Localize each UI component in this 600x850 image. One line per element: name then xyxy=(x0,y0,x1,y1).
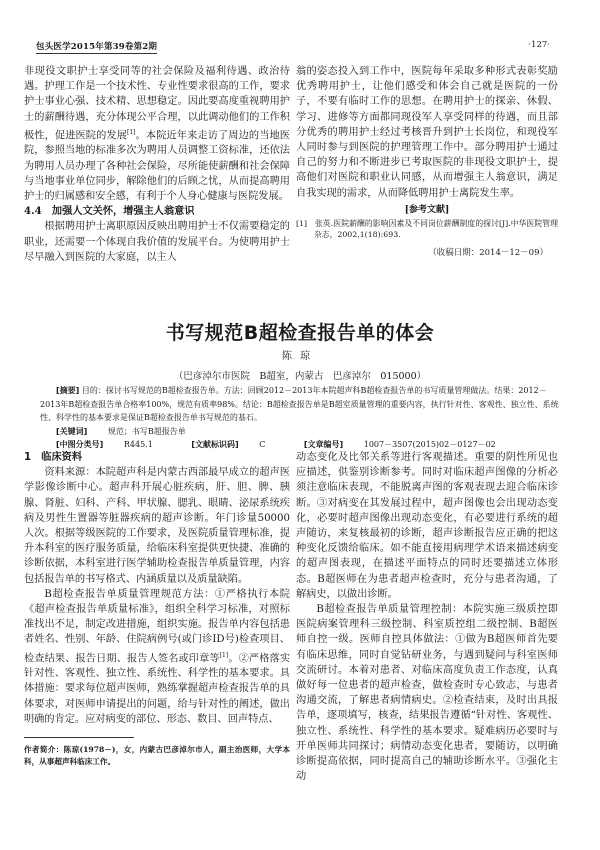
abstract-label: [摘要] xyxy=(56,386,79,395)
clc-label: [中图分类号] xyxy=(56,440,103,449)
journal-page: 包头医学2015年第39卷第2期 ·127· 非现役文职护士享受同等的社会保险及… xyxy=(0,0,600,850)
paragraph: B超检查报告单质量管理规范方法：①严格执行本院《超声检查报告单质量标准》，组织全… xyxy=(24,587,290,727)
abstract-block: [摘要] 目的：探讨书写规范的B超检查报告单。方法：回顾2012－2013年本院… xyxy=(40,384,560,452)
keywords: [关键词] 规范；书写B超报告单 xyxy=(40,425,560,439)
section-title: 1 临床资料 xyxy=(24,450,290,465)
paragraph: 翁的姿态投入到工作中，医院每年采取多种形式表彰奖励优秀聘用护士，让他们感受和体会… xyxy=(296,64,558,201)
received-date: （收稿日期：2014－12－09） xyxy=(296,246,558,261)
paragraph: B超检查报告单质量管理控制：本院实施三级质控即医院病案管理科三级控制、科室质控组… xyxy=(296,602,558,784)
prev-article-right-column: 翁的姿态投入到工作中，医院每年采取多种形式表彰奖励优秀聘用护士，让他们感受和体会… xyxy=(296,64,558,261)
author-footnote: 作者简介：陈琼(1978－)，女，内蒙古巴彦淖尔市人，副主治医师，大学本科，从事… xyxy=(24,744,290,767)
paragraph: 动态变化及比邻关系等进行客观描述。重要的阴性所见也应描述，供鉴别诊断参考。同时对… xyxy=(296,450,558,602)
paragraph: 非现役文职护士享受同等的社会保险及福利待遇、政治待遇。护理工作是一个技术性、专业… xyxy=(24,64,290,204)
citation: [1] xyxy=(220,652,229,659)
author-name: 陈琼 xyxy=(0,347,600,362)
author-affiliation: （巴彦淖尔市医院 B超室，内蒙古 巴彦淖尔 015000） xyxy=(0,368,600,382)
paragraph: 资料来源：本院超声科是内蒙古西部最早成立的超声医学影像诊断中心。超声科开展心脏疾… xyxy=(24,465,290,587)
keywords-label: [关键词] xyxy=(56,427,87,436)
paragraph: 根据聘用护士离职原因反映出聘用护士不仅需要稳定的职业，还需要一个体现自我价值的发… xyxy=(24,219,290,265)
running-head: 包头医学2015年第39卷第2期 xyxy=(36,40,157,54)
article-no-value: 1007－3507(2015)02－0127－02 xyxy=(364,440,496,449)
references-title: [参考文献] xyxy=(296,203,558,218)
article-no-label: [文章编号] xyxy=(304,440,343,449)
clc-value: R445.1 xyxy=(124,440,153,449)
doc-code-label: [文献标识码] xyxy=(191,440,238,449)
article-right-column: 动态变化及比邻关系等进行客观描述。重要的阴性所见也应描述，供鉴别诊断参考。同时对… xyxy=(296,450,558,784)
abstract-text: 目的：探讨书写规范的B超检查报告单。方法：回顾2012－2013年本院超声科B超… xyxy=(40,386,559,422)
citation: [1] xyxy=(127,129,136,136)
article-left-column: 1 临床资料 资料来源：本院超声科是内蒙古西部最早成立的超声医学影像诊断中心。超… xyxy=(24,450,290,767)
article-title: 书写规范B超检查报告单的体会 xyxy=(0,318,600,345)
abstract: [摘要] 目的：探讨书写规范的B超检查报告单。方法：回顾2012－2013年本院… xyxy=(40,384,560,425)
keywords-text: 规范；书写B超报告单 xyxy=(108,427,186,436)
prev-article-left-column: 非现役文职护士享受同等的社会保险及福利待遇、政治待遇。护理工作是一个技术性、专业… xyxy=(24,64,290,265)
reference-item: [1] 张英.医院薪酬的影响因素及不同岗位薪酬制度的探讨[J].中华医院管理杂志… xyxy=(296,218,558,240)
page-number: ·127· xyxy=(528,40,550,50)
doc-code-value: C xyxy=(259,440,265,449)
section-heading: 4.4 加强人文关怀，增强主人翁意识 xyxy=(24,204,290,219)
footnote-divider xyxy=(24,737,134,738)
